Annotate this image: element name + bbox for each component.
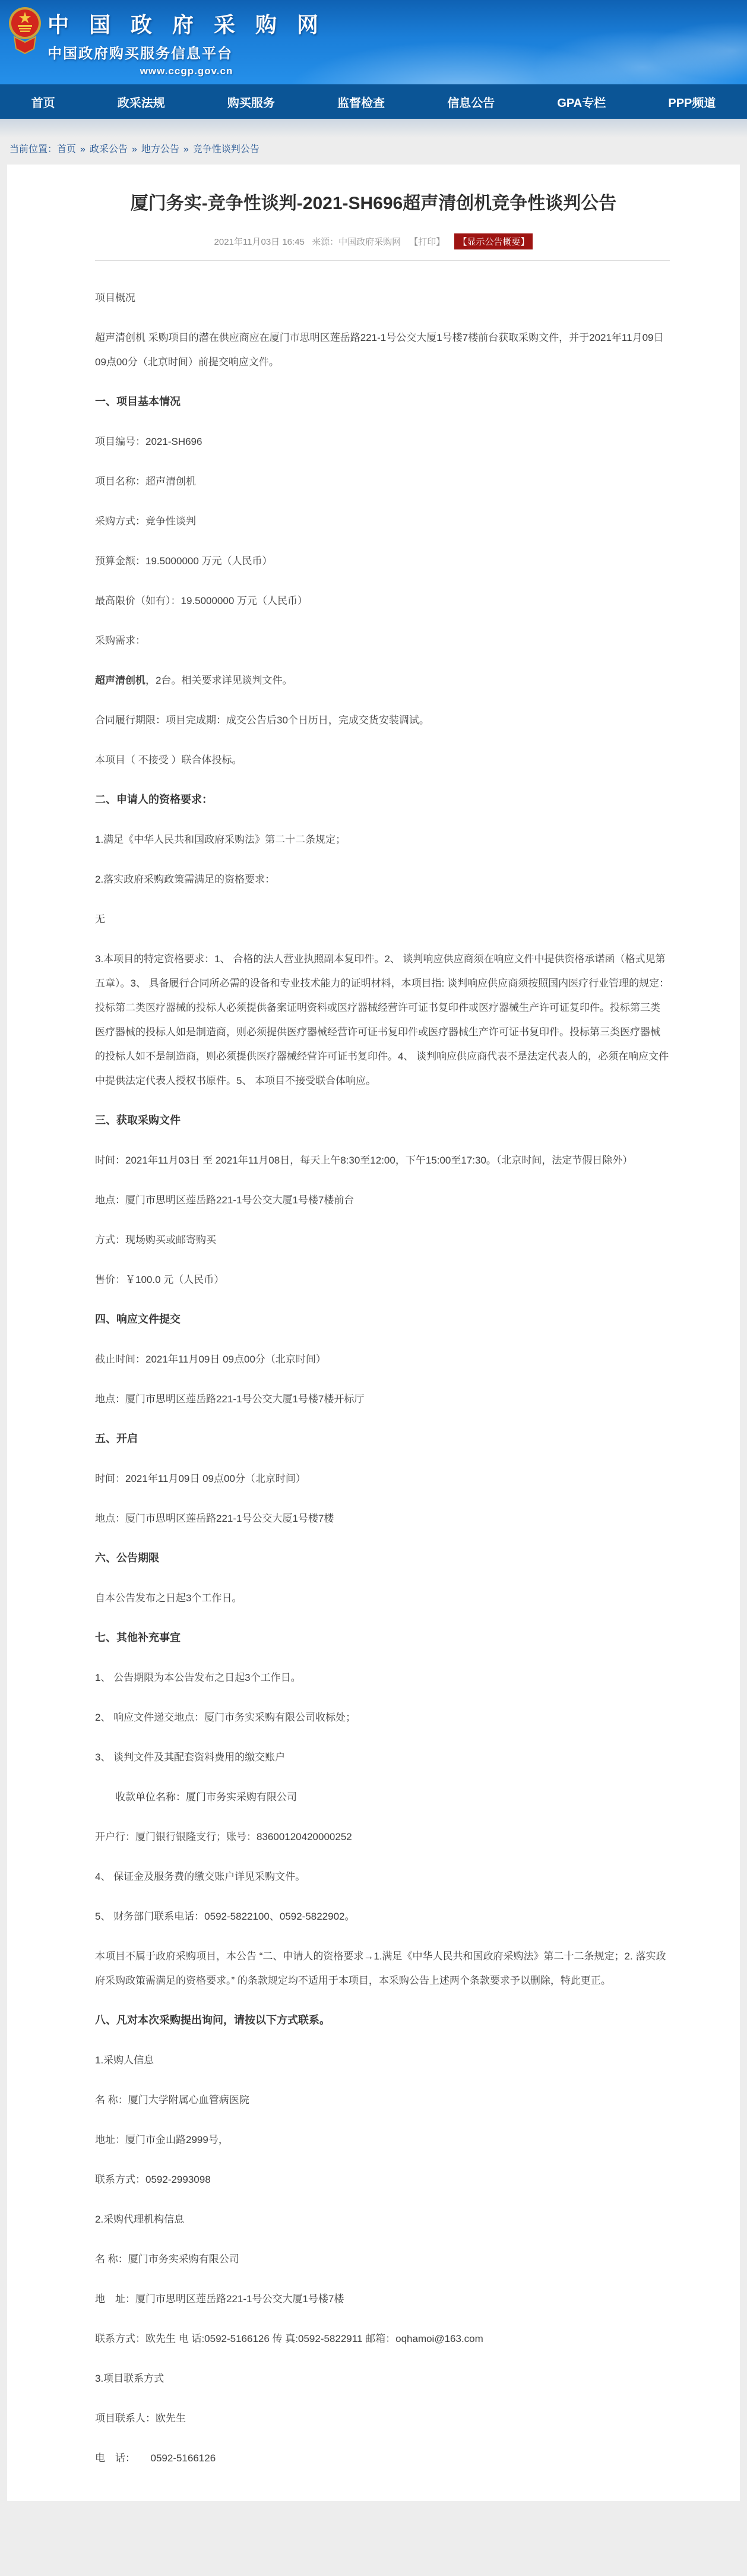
paragraph: 时间：2021年11月03日 至 2021年11月08日，每天上午8:30至12… xyxy=(95,1148,670,1172)
nav-item-6[interactable]: GPA专栏 xyxy=(557,93,606,110)
paragraph: 本项目不属于政府采购项目，本公告 “二、申请人的资格要求→1.满足《中华人民共和… xyxy=(95,1944,670,1993)
nav-item-1[interactable]: 首页 xyxy=(31,93,55,110)
show-summary-toggle[interactable]: 【显示公告概要】 xyxy=(454,233,533,249)
paragraph: 2、 响应文件递交地点：厦门市务实采购有限公司收标处； xyxy=(95,1705,670,1730)
article-body: 项目概况超声清创机 采购项目的潜在供应商应在厦门市思明区莲岳路221-1号公交大… xyxy=(95,286,670,2470)
section-heading: 五、开启 xyxy=(95,1427,670,1451)
paragraph: 最高限价（如有）：19.5000000 万元（人民币） xyxy=(95,589,670,613)
breadcrumb-label: 当前位置： xyxy=(10,144,57,154)
paragraph: 1.满足《中华人民共和国政府采购法》第二十二条规定； xyxy=(95,827,670,852)
bold-text: 超声清创机 xyxy=(95,675,145,686)
paragraph: 联系方式：欧先生 电 话:0592-5166126 传 真:0592-58229… xyxy=(95,2327,670,2351)
paragraph: 2.落实政府采购政策需满足的资格要求： xyxy=(95,867,670,892)
national-emblem-icon xyxy=(8,6,42,56)
nav-item-4[interactable]: 监督检查 xyxy=(337,93,385,110)
site-subtitle: 中国政府购买服务信息平台 xyxy=(48,42,325,62)
section-heading: 七、其他补充事宜 xyxy=(95,1626,670,1650)
paragraph: 地点：厦门市思明区莲岳路221-1号公交大厦1号楼7楼 xyxy=(95,1506,670,1531)
print-button[interactable]: 【打印】 xyxy=(409,237,445,247)
breadcrumb-item-1[interactable]: 首页 xyxy=(57,144,76,154)
site-name: 中 国 政 府 采 购 网 xyxy=(48,8,325,39)
paragraph: 合同履行期限：项目完成期：成交公告后30个日历日，完成交货安装调试。 xyxy=(95,708,670,732)
site-header-banner: 中 国 政 府 采 购 网 中国政府购买服务信息平台 www.ccgp.gov.… xyxy=(0,0,747,84)
paragraph: 联系方式：0592-2993098 xyxy=(95,2167,670,2192)
paragraph: 名 称：厦门大学附属心血管病医院 xyxy=(95,2088,670,2112)
breadcrumb-item-4: 竞争性谈判公告 xyxy=(193,144,259,154)
paragraph: 项目名称：超声清创机 xyxy=(95,469,670,494)
paragraph: 超声清创机，2台。相关要求详见谈判文件。 xyxy=(95,668,670,693)
nav-shadow-gradient xyxy=(0,119,747,138)
main-navigation: 首页政采法规购买服务监督检查信息公告GPA专栏PPP频道 xyxy=(0,84,747,119)
paragraph: 1、 公告期限为本公告发布之日起3个工作日。 xyxy=(95,1665,670,1690)
paragraph: 3.本项目的特定资格要求：1、 合格的法人营业执照副本复印件。2、 谈判响应供应… xyxy=(95,947,670,1093)
paragraph: 项目编号：2021-SH696 xyxy=(95,429,670,454)
paragraph: 5、 财务部门联系电话：0592-5822100、0592-5822902。 xyxy=(95,1904,670,1929)
paragraph: 2.采购代理机构信息 xyxy=(95,2207,670,2232)
nav-item-5[interactable]: 信息公告 xyxy=(447,93,495,110)
paragraph: 4、 保证金及服务费的缴交账户详见采购文件。 xyxy=(95,1864,670,1889)
page-title: 厦门务实-竞争性谈判-2021-SH696超声清创机竞争性谈判公告 xyxy=(43,192,704,216)
paragraph: 名 称：厦门市务实采购有限公司 xyxy=(95,2247,670,2271)
title-divider xyxy=(95,260,670,261)
nav-item-2[interactable]: 政采法规 xyxy=(118,93,165,110)
paragraph: 截止时间：2021年11月09日 09点00分（北京时间） xyxy=(95,1347,670,1371)
paragraph: 超声清创机 采购项目的潜在供应商应在厦门市思明区莲岳路221-1号公交大厦1号楼… xyxy=(95,325,670,374)
paragraph: 1.采购人信息 xyxy=(95,2048,670,2072)
breadcrumb-item-2[interactable]: 政采公告 xyxy=(90,144,128,154)
breadcrumb: 当前位置：首页»政采公告»地方公告»竞争性谈判公告 xyxy=(0,138,747,165)
nav-item-7[interactable]: PPP频道 xyxy=(668,93,716,110)
section-heading: 六、公告期限 xyxy=(95,1546,670,1570)
article-meta: 2021年11月03日 16:45 来源：中国政府采购网 【打印】 【显示公告概… xyxy=(7,233,740,249)
paragraph: 地点：厦门市思明区莲岳路221-1号公交大厦1号楼7楼前台 xyxy=(95,1188,670,1212)
paragraph: 地 址：厦门市思明区莲岳路221-1号公交大厦1号楼7楼 xyxy=(95,2287,670,2311)
source-label: 来源：中国政府采购网 xyxy=(312,237,401,247)
breadcrumb-separator: » xyxy=(132,144,137,154)
paragraph: 收款单位名称：厦门市务实采购有限公司 xyxy=(95,1785,670,1809)
paragraph: 地址：厦门市金山路2999号， xyxy=(95,2128,670,2152)
section-heading: 三、获取采购文件 xyxy=(95,1108,670,1133)
paragraph: 本项目（ 不接受 ）联合体投标。 xyxy=(95,748,670,772)
nav-item-3[interactable]: 购买服务 xyxy=(227,93,275,110)
paragraph: 3、 谈判文件及其配套资料费用的缴交账户 xyxy=(95,1745,670,1769)
paragraph: 项目概况 xyxy=(95,286,670,310)
site-title-block: 中 国 政 府 采 购 网 中国政府购买服务信息平台 www.ccgp.gov.… xyxy=(48,8,325,77)
section-heading: 四、响应文件提交 xyxy=(95,1307,670,1332)
paragraph: 地点：厦门市思明区莲岳路221-1号公交大厦1号楼7楼开标厅 xyxy=(95,1387,670,1411)
section-heading: 二、申请人的资格要求： xyxy=(95,788,670,812)
publish-date: 2021年11月03日 16:45 xyxy=(214,237,305,247)
site-url: www.ccgp.gov.cn xyxy=(48,65,325,77)
paragraph: 时间：2021年11月09日 09点00分（北京时间） xyxy=(95,1466,670,1491)
paragraph: 方式：现场购买或邮寄购买 xyxy=(95,1228,670,1252)
paragraph: 开户行：厦门银行银隆支行；账号：83600120420000252 xyxy=(95,1825,670,1849)
paragraph: 预算金额：19.5000000 万元（人民币） xyxy=(95,549,670,573)
paragraph: 售价：￥100.0 元（人民币） xyxy=(95,1268,670,1292)
section-heading: 一、项目基本情况 xyxy=(95,390,670,414)
breadcrumb-separator: » xyxy=(183,144,189,154)
paragraph: 电 话： 0592-5166126 xyxy=(95,2446,670,2470)
paragraph: 无 xyxy=(95,907,670,931)
paragraph: 采购需求： xyxy=(95,628,670,653)
section-heading: 八、凡对本次采购提出询问，请按以下方式联系。 xyxy=(95,2008,670,2033)
paragraph: 自本公告发布之日起3个工作日。 xyxy=(95,1586,670,1610)
paragraph: 采购方式：竞争性谈判 xyxy=(95,509,670,533)
breadcrumb-separator: » xyxy=(80,144,86,154)
paragraph: 项目联系人：欧先生 xyxy=(95,2406,670,2430)
announcement-card: 厦门务实-竞争性谈判-2021-SH696超声清创机竞争性谈判公告 2021年1… xyxy=(7,165,740,2501)
breadcrumb-item-3[interactable]: 地方公告 xyxy=(141,144,179,154)
paragraph: 3.项目联系方式 xyxy=(95,2366,670,2391)
